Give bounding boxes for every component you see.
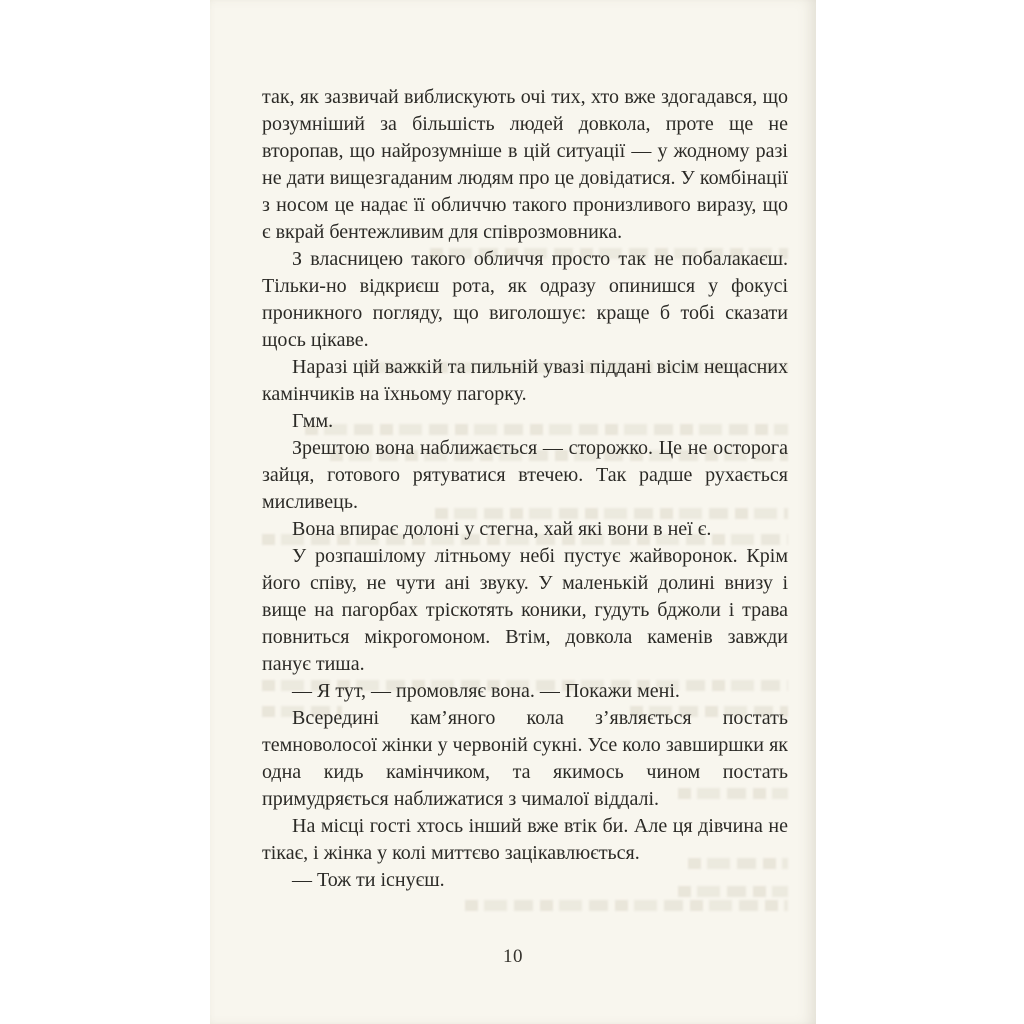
paper-page: так, як зазвичай виблискують очі тих, хт… (210, 0, 816, 1024)
paragraph: На місці гості хтось інший вже втік би. … (262, 813, 788, 867)
paragraph: Вона впирає долоні у стегна, хай які вон… (262, 516, 788, 543)
paragraph: Всередині кам’яного кола з’являється пос… (262, 705, 788, 813)
paragraph: — Тож ти існуєш. (262, 867, 788, 894)
paragraph: У розпашілому літньому небі пустує жайво… (262, 543, 788, 678)
bleed-through-artifact (465, 900, 788, 911)
book-page-scan: так, як зазвичай виблискують очі тих, хт… (0, 0, 1024, 1024)
paragraph: — Я тут, — промовляє вона. — Покажи мені… (262, 678, 788, 705)
page-number: 10 (210, 946, 816, 968)
paragraph: З власницею такого обличчя просто так не… (262, 246, 788, 354)
body-text: так, як зазвичай виблискують очі тих, хт… (262, 84, 788, 894)
paragraph: Гмм. (262, 408, 788, 435)
paragraph: Зрештою вона наближається — сторожко. Це… (262, 435, 788, 516)
paragraph: Наразі цій важкій та пильній увазі підда… (262, 354, 788, 408)
paragraph: так, як зазвичай виблискують очі тих, хт… (262, 84, 788, 246)
